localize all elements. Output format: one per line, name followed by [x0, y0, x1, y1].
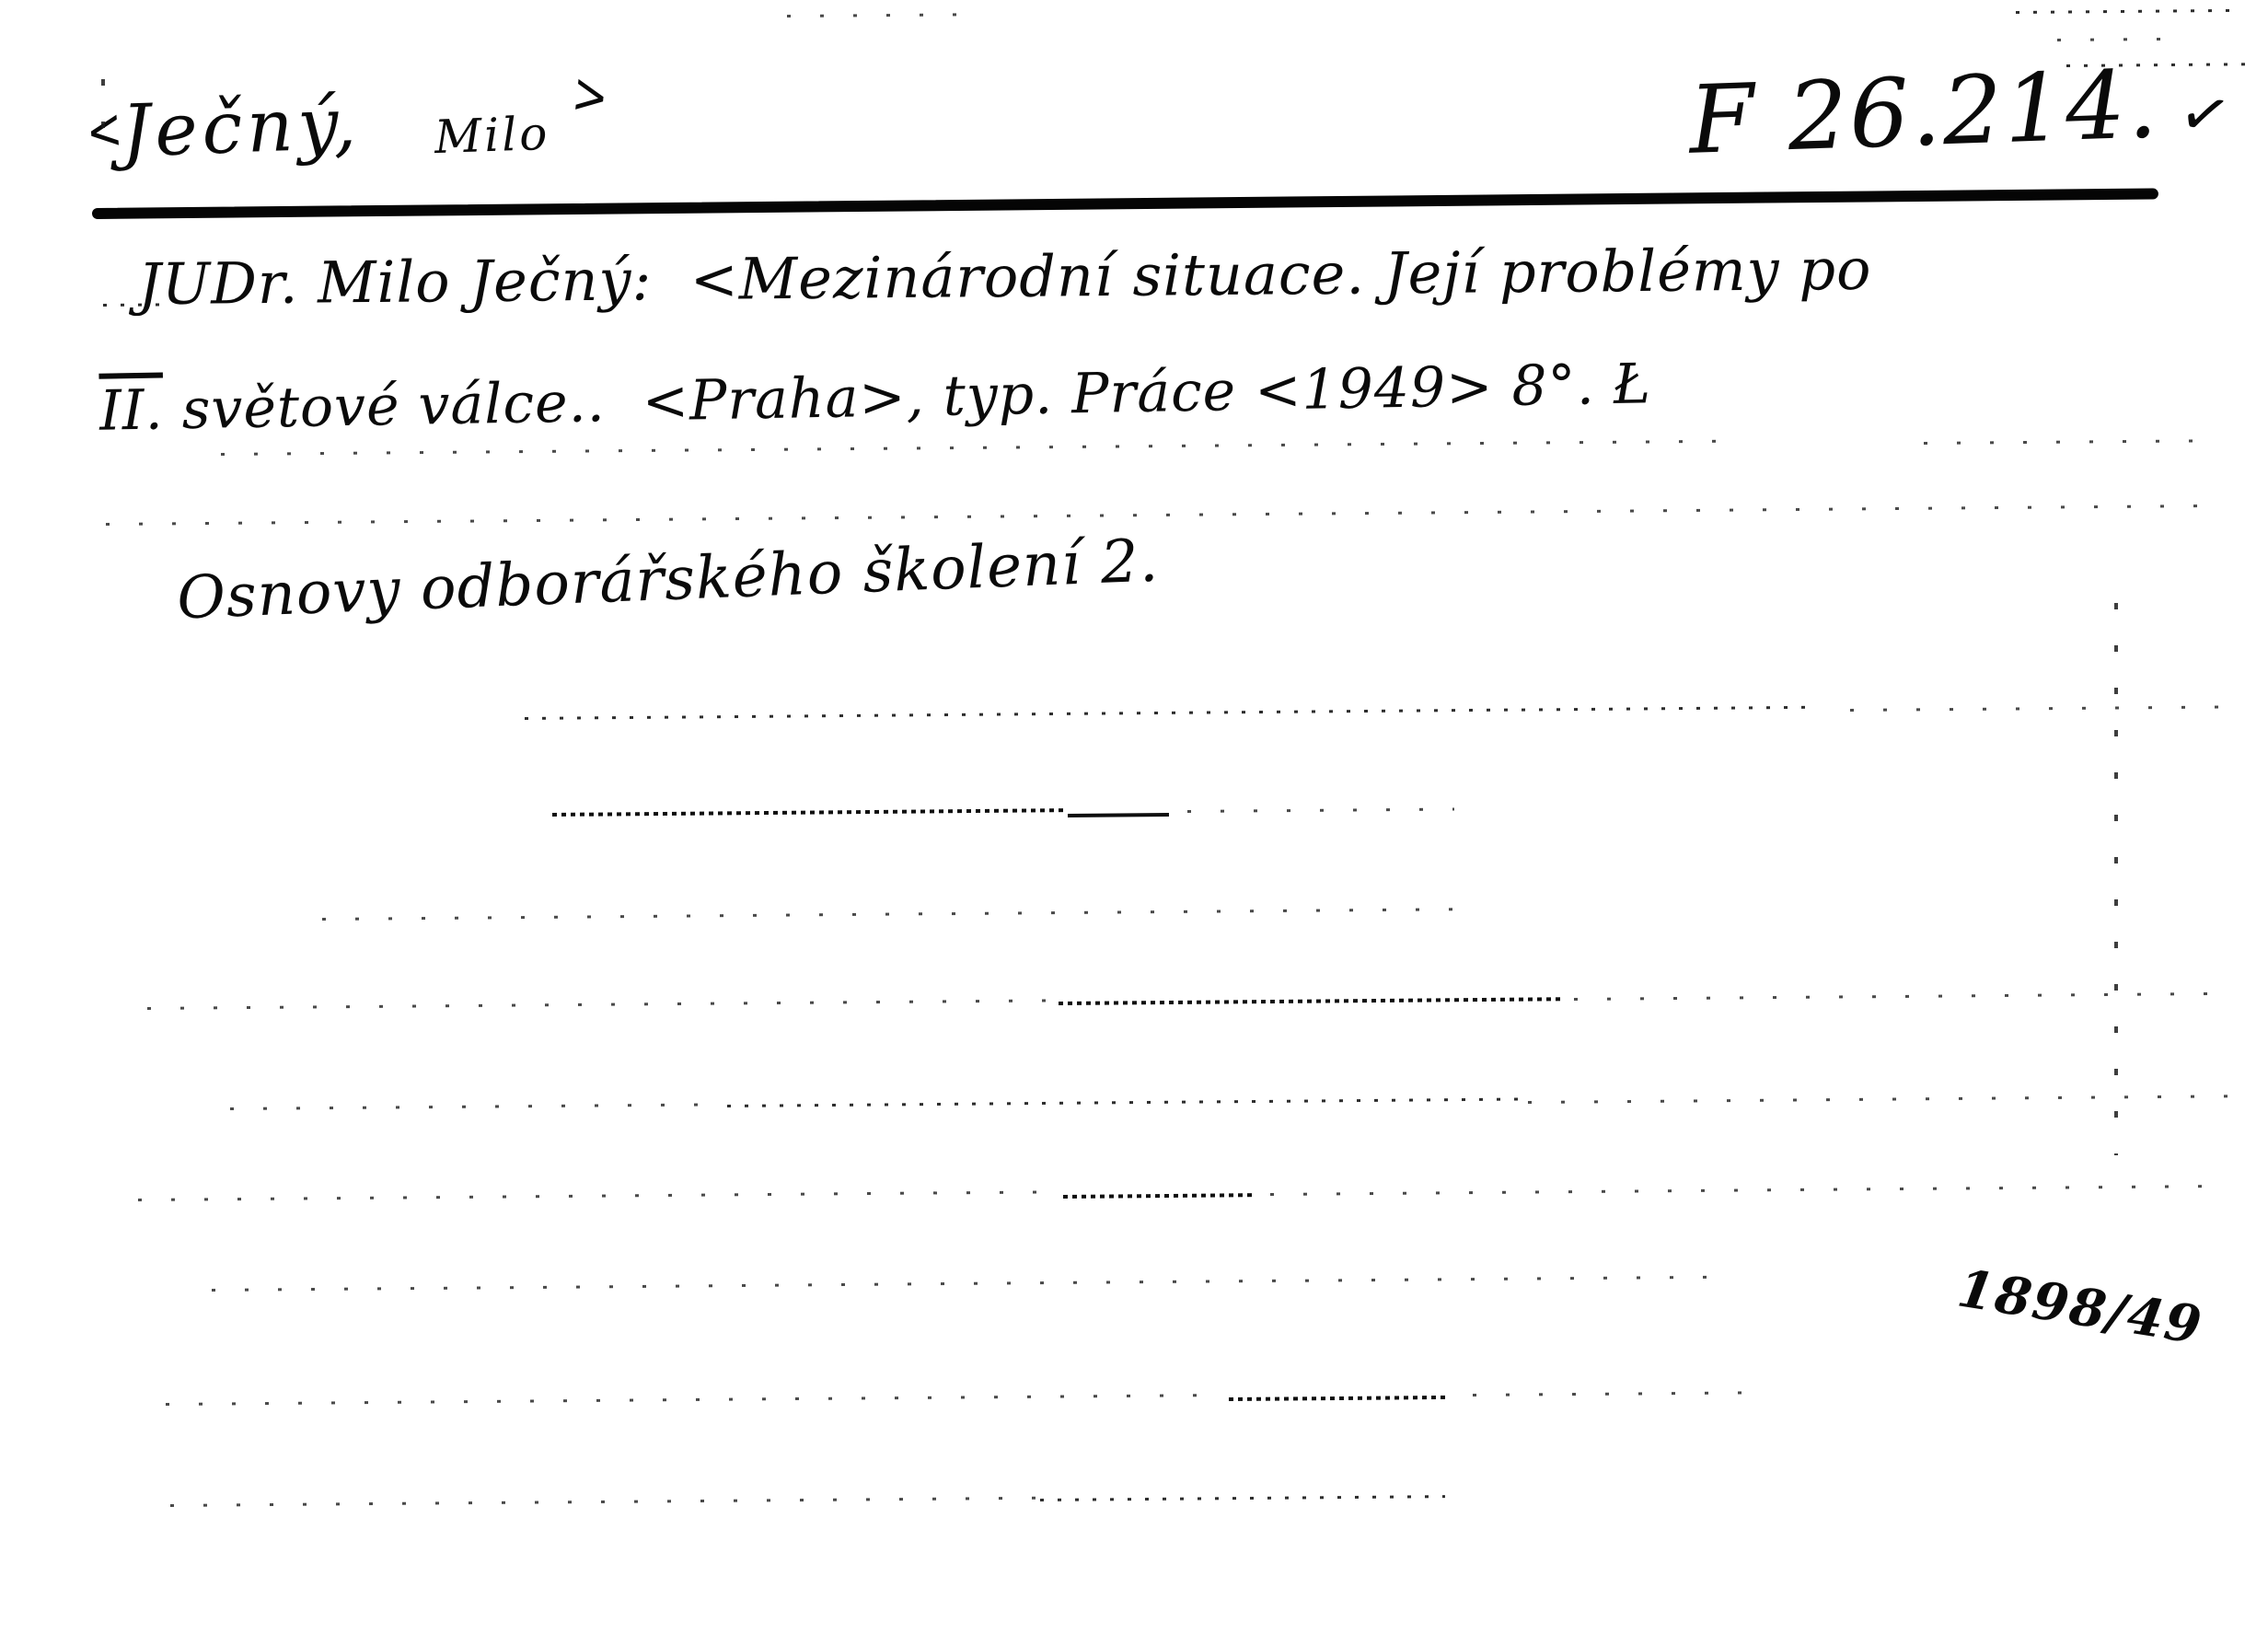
author-heading-firstname: Milo [434, 110, 550, 160]
scan-noise-row [2066, 63, 2251, 67]
subject-line: Osnovy odborářského školení 2. [176, 532, 1160, 629]
citation-line-2: II. světové válce.. <Praha>, typ. Práce … [99, 356, 1652, 438]
scan-noise-row [525, 706, 1813, 720]
scan-noise-row [221, 440, 1721, 456]
scan-noise-row [1059, 997, 1565, 1005]
citation-line-2-rest: světové válce.. <Praha>, typ. Práce <194… [163, 352, 1651, 442]
scan-noise-row [1473, 1391, 1749, 1396]
scan-noise-row [147, 999, 1059, 1010]
scan-noise-vline [101, 79, 105, 138]
scan-noise-row [103, 303, 168, 307]
scan-noise-row [1229, 1396, 1450, 1401]
scan-noise-row [1068, 813, 1169, 817]
scan-noise-row [1574, 992, 2237, 1001]
checkmark-icon: ✓ [2174, 80, 2237, 150]
citation-line-1: JUDr. Milo Ječný: <Mezinárodní situace. … [138, 241, 1872, 313]
scan-noise-row [1924, 439, 2218, 445]
insertion-mark-close-icon: > [570, 64, 611, 127]
scan-noise-row [1187, 807, 1454, 813]
scan-noise-row [170, 1497, 1036, 1507]
scan-noise-row [106, 504, 2223, 526]
scan-noise-row [1270, 1185, 2218, 1196]
scan-noise-row [2057, 38, 2186, 41]
scan-noise-row [1040, 1495, 1445, 1501]
accession-number: 1898/49 [1954, 1262, 2206, 1351]
scan-noise-row [166, 1394, 1224, 1406]
scan-noise-row [1063, 1193, 1256, 1199]
heading-rule [92, 188, 2158, 219]
scan-noise-row [212, 1276, 1721, 1292]
call-number: F 26.214. [1687, 58, 2160, 168]
scan-noise-row [787, 13, 980, 17]
scan-noise-row [552, 808, 1068, 817]
scan-noise-row [230, 1103, 727, 1110]
scan-noise-row [727, 1097, 1519, 1107]
scan-noise-row [2016, 9, 2237, 14]
scan-noise-row [1528, 1095, 2237, 1104]
scan-noise-row [322, 908, 1482, 921]
scan-noise-vline [2114, 603, 2118, 1155]
author-heading-surname: Ječný, [121, 87, 362, 168]
scan-noise-row [1850, 705, 2237, 712]
roman-numeral: II. [99, 378, 165, 444]
scan-noise-row [138, 1190, 1059, 1201]
catalog-card: < Ječný, Milo > F 26.214. ✓ JUDr. Milo J… [0, 0, 2268, 1634]
